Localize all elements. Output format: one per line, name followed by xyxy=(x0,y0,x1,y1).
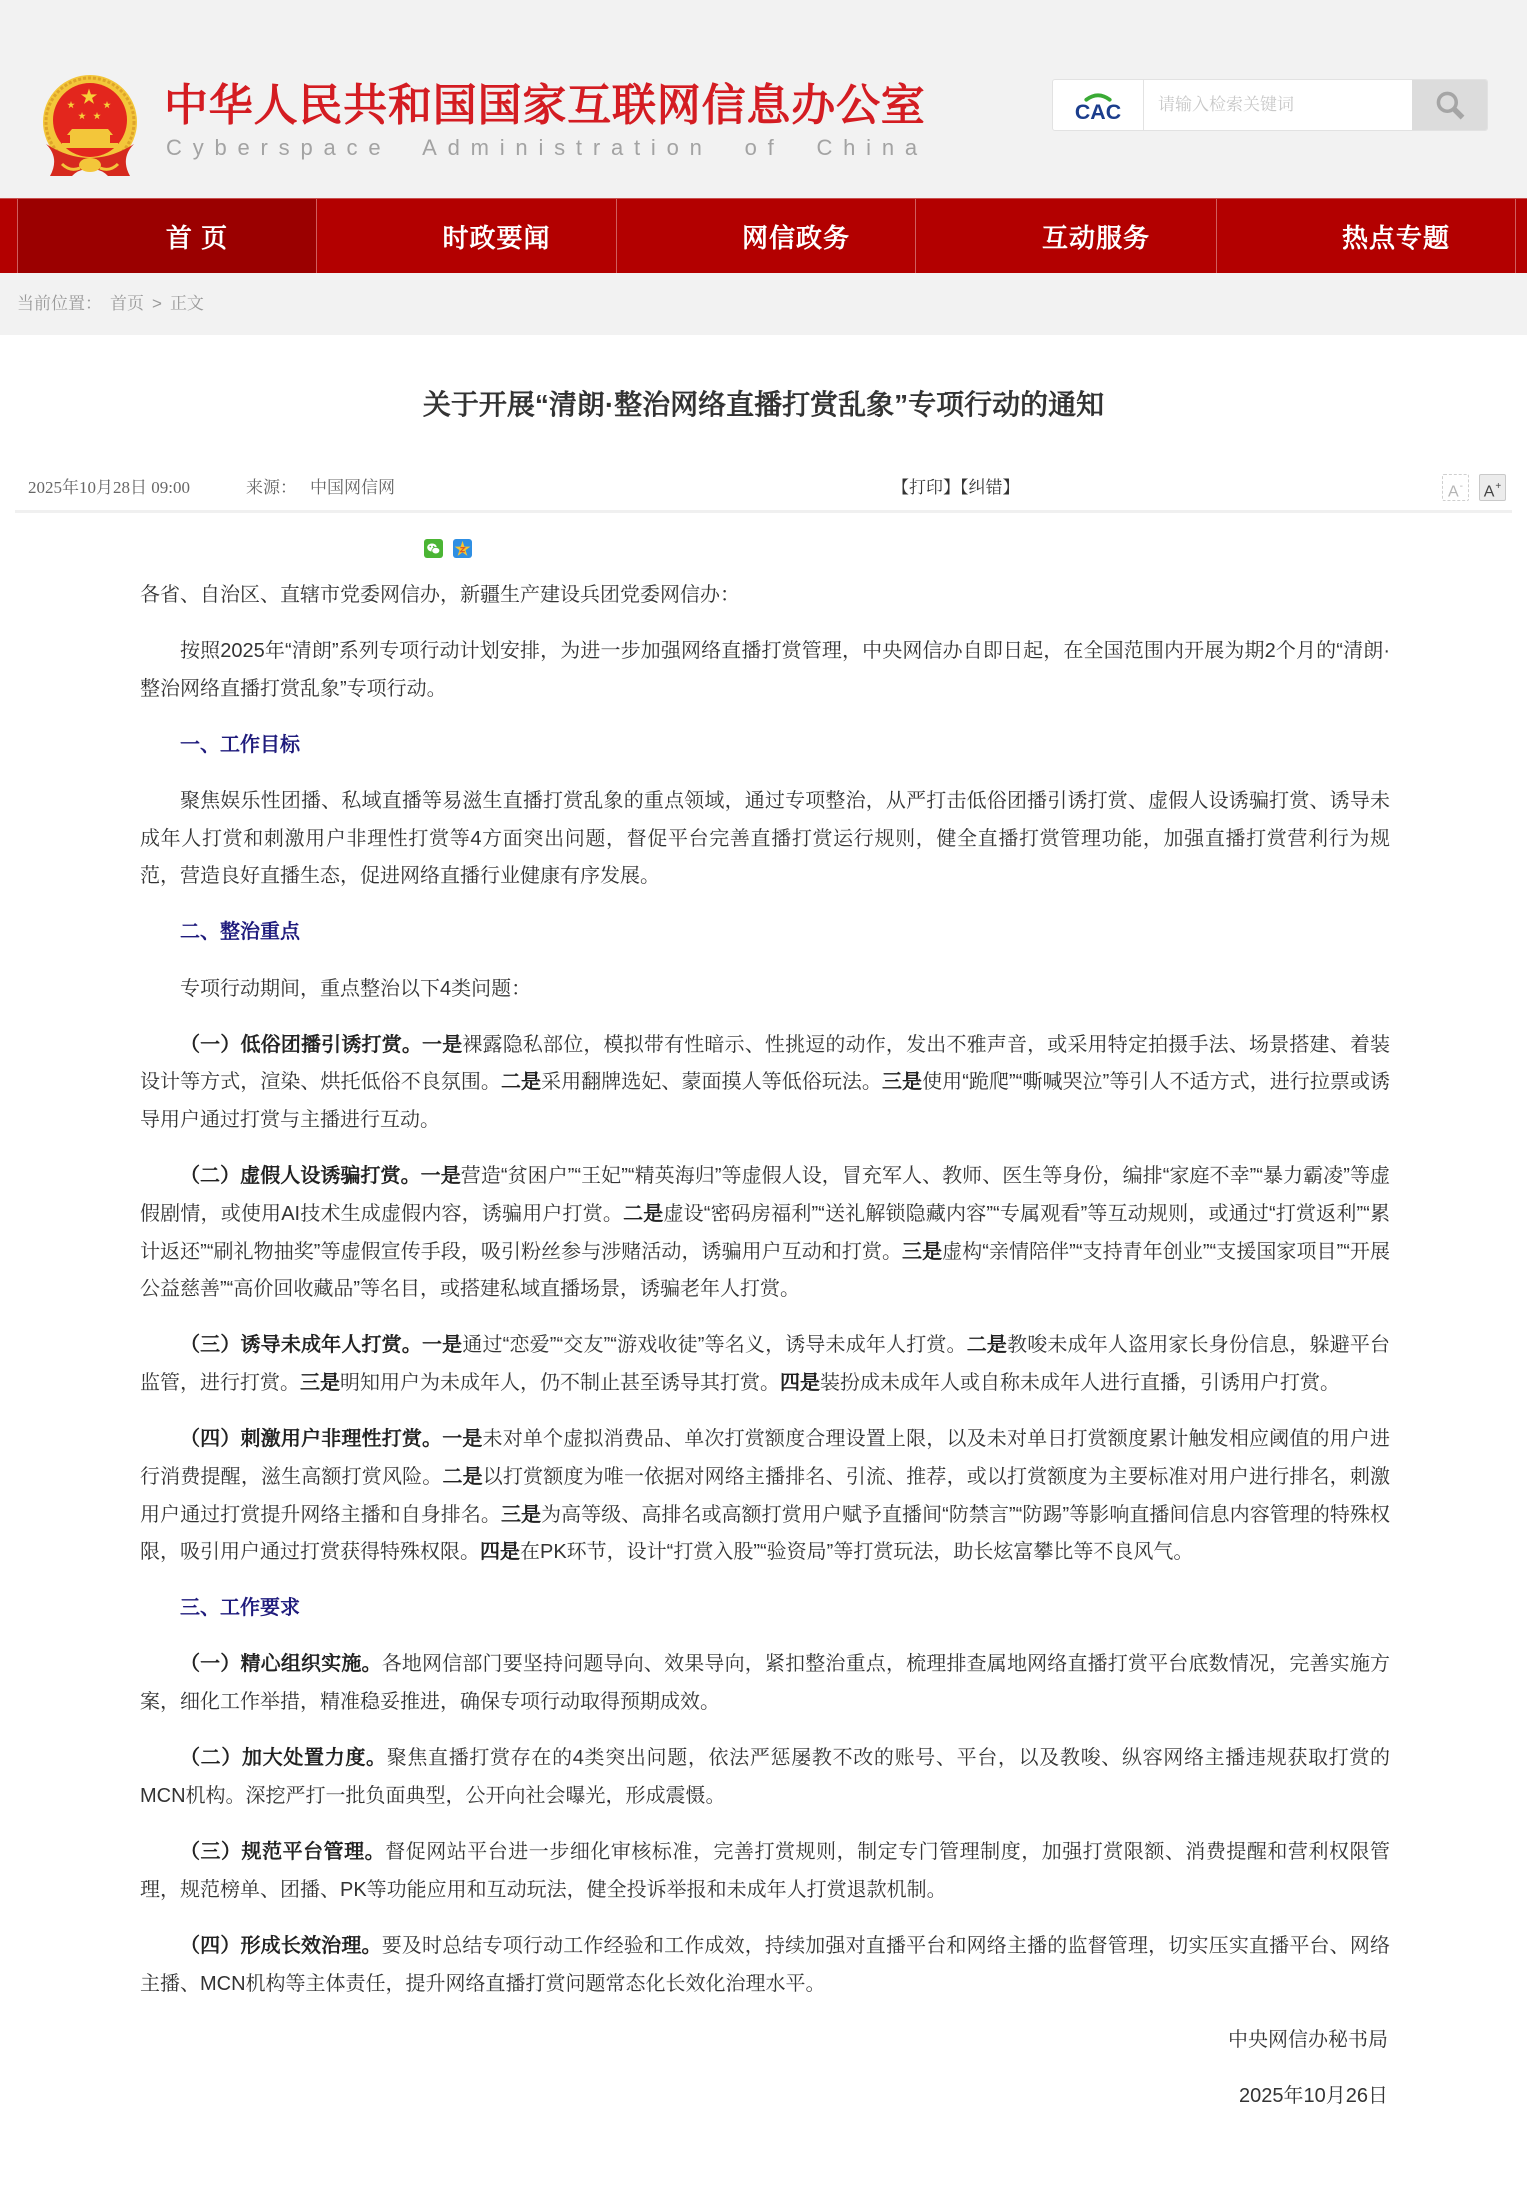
nav-item-label: 互动服务 xyxy=(1042,218,1150,255)
correction-link[interactable]: 【纠错】 xyxy=(960,478,1020,497)
section-heading: 三、工作要求 xyxy=(140,1590,1390,1628)
item-label: （四）形成长效治理。 xyxy=(180,1935,382,1957)
minus-sign: - xyxy=(1460,481,1463,492)
item-label: 二是 xyxy=(442,1466,482,1488)
paragraph: （一）低俗团播引诱打赏。一是裸露隐私部位，模拟带有性暗示、性挑逗的动作，发出不雅… xyxy=(140,1027,1390,1140)
breadcrumb-prefix: 当前位置： xyxy=(17,294,102,313)
item-label: （二）虚假人设诱骗打赏。一是 xyxy=(180,1165,461,1187)
wechat-icon[interactable] xyxy=(424,479,443,498)
print-link[interactable]: 【打印】 xyxy=(892,478,960,497)
item-label: （四）刺激用户非理性打赏。一是 xyxy=(180,1428,483,1450)
item-text: 通过“恋爱”“交友”“游戏收徒”等名义，诱导未成年人打赏。 xyxy=(462,1334,966,1356)
item-label: （三）规范平台管理。 xyxy=(180,1841,385,1863)
nav-item-label: 热点专题 xyxy=(1342,218,1450,255)
paragraph: （二）虚假人设诱骗打赏。一是营造“贫困户”“王妃”“精英海归”等虚假人设，冒充军… xyxy=(140,1158,1390,1309)
intro-paragraph: 按照2025年“清朗”系列专项行动计划安排，为进一步加强网络直播打赏管理，中央网… xyxy=(140,633,1390,708)
paragraph: 专项行动期间，重点整治以下4类问题： xyxy=(140,971,1390,1009)
cac-logo-text: CAC xyxy=(1075,100,1121,122)
search-box: CAC xyxy=(1052,79,1488,131)
paragraph: （三）诱导未成年人打赏。一是通过“恋爱”“交友”“游戏收徒”等名义，诱导未成年人… xyxy=(140,1327,1390,1402)
nav-item-home[interactable]: 首 页 xyxy=(18,199,316,273)
item-label: （一）低俗团播引诱打赏。一是 xyxy=(180,1034,462,1056)
cac-logo: CAC xyxy=(1053,80,1144,130)
paragraph: （一）精心组织实施。各地网信部门要坚持问题导向、效果导向，紧扣整治重点，梳理排查… xyxy=(140,1646,1390,1721)
nav-item-label: 时政要闻 xyxy=(442,218,550,255)
item-label: 四是 xyxy=(480,1541,520,1563)
item-label: 二是 xyxy=(967,1334,1007,1356)
font-increase-button[interactable]: A+ xyxy=(1479,474,1506,501)
item-label: （一）精心组织实施。 xyxy=(180,1653,382,1675)
nav-item-label: 首 页 xyxy=(166,218,228,255)
paragraph: （四）形成长效治理。要及时总结专项行动工作经验和工作成效，持续加强对直播平台和网… xyxy=(140,1928,1390,2003)
divider xyxy=(15,510,1512,513)
signature-org: 中央网信办秘书局 xyxy=(140,2022,1390,2060)
article-body: 各省、自治区、直辖市党委网信办，新疆生产建设兵团党委网信办： 按照2025年“清… xyxy=(140,577,1390,2134)
article-meta: 2025年10月28日 09:00 来源： 中国网信网 【打印】【纠错】 A- … xyxy=(0,473,1527,503)
paragraph: （二）加大处置力度。聚焦直播打赏存在的4类突出问题，依法严惩屡教不改的账号、平台… xyxy=(140,1740,1390,1815)
nav-item-interactive-services[interactable]: 互动服务 xyxy=(916,199,1216,273)
site-header: 中华人民共和国国家互联网信息办公室 Cyberspace Administrat… xyxy=(0,0,1527,198)
breadcrumb-current: 正文 xyxy=(170,294,204,313)
national-emblem-icon[interactable] xyxy=(40,74,140,178)
item-label: 三是 xyxy=(501,1504,541,1526)
item-label: （三）诱导未成年人打赏。一是 xyxy=(180,1334,462,1356)
paragraph: 聚焦娱乐性团播、私域直播等易滋生直播打赏乱象的重点领域，通过专项整治，从严打击低… xyxy=(140,783,1390,896)
chat-hand-icon xyxy=(982,216,1022,256)
item-text: 明知用户为未成年人，仍不制止甚至诱导其打赏。 xyxy=(340,1372,780,1394)
nav-item-news[interactable]: 时政要闻 xyxy=(317,199,616,273)
plus-sign: + xyxy=(1495,481,1501,492)
section-heading: 一、工作目标 xyxy=(140,727,1390,765)
nav-item-label: 网信政务 xyxy=(742,218,850,255)
star-icon xyxy=(382,216,422,256)
home-icon xyxy=(106,216,146,256)
item-label: 二是 xyxy=(501,1071,541,1093)
item-text: 装扮成未成年人或自称未成年人进行直播，引诱用户打赏。 xyxy=(820,1372,1340,1394)
item-label: 三是 xyxy=(902,1241,942,1263)
font-decrease-label: A xyxy=(1448,483,1459,500)
site-title[interactable]: 中华人民共和国国家互联网信息办公室 xyxy=(164,80,926,132)
item-label: 三是 xyxy=(300,1372,340,1394)
breadcrumb-home-link[interactable]: 首页 xyxy=(110,294,144,313)
section-heading: 二、整治重点 xyxy=(140,914,1390,952)
font-increase-label: A xyxy=(1484,483,1495,500)
article-title: 关于开展“清朗·整治网络直播打赏乱象”专项行动的通知 xyxy=(0,384,1527,426)
item-label: 三是 xyxy=(882,1071,922,1093)
breadcrumb-separator: > xyxy=(152,294,162,313)
breadcrumb: 当前位置：首页>正文 xyxy=(0,273,1527,335)
site-title-english: Cyberspace Administration of China xyxy=(166,133,928,163)
signature-date: 2025年10月26日 xyxy=(140,2078,1390,2116)
folder-icon xyxy=(1282,216,1322,256)
item-text: 采用翻牌选妃、蒙面摸人等低俗玩法。 xyxy=(541,1071,882,1093)
search-button[interactable] xyxy=(1412,80,1487,130)
nav-item-hot-topics[interactable]: 热点专题 xyxy=(1217,199,1515,273)
nav-item-government-affairs[interactable]: 网信政务 xyxy=(617,199,915,273)
item-text: 在PK环节，设计“打赏入股”“验资局”等打赏玩法，助长炫富攀比等不良风气。 xyxy=(520,1541,1193,1563)
article-actions: 【打印】【纠错】 xyxy=(892,473,1020,503)
source-label: 来源： xyxy=(246,473,297,503)
item-label: 二是 xyxy=(623,1203,663,1225)
paragraph: （四）刺激用户非理性打赏。一是未对单个虚拟消费品、单次打赏额度合理设置上限，以及… xyxy=(140,1421,1390,1572)
paragraph: （三）规范平台管理。督促网站平台进一步细化审核标准，完善打赏规则，制定专门管理制… xyxy=(140,1834,1390,1909)
search-icon xyxy=(1434,89,1466,121)
source-name: 中国网信网 xyxy=(310,473,395,503)
item-label: 四是 xyxy=(780,1372,820,1394)
font-decrease-button[interactable]: A- xyxy=(1442,474,1469,501)
nav-divider xyxy=(1515,199,1516,273)
qzone-icon[interactable] xyxy=(453,479,472,498)
monitor-icon xyxy=(682,216,722,256)
search-input[interactable] xyxy=(1144,80,1412,130)
main-nav: 首 页 时政要闻 网信政务 xyxy=(0,198,1527,273)
salutation: 各省、自治区、直辖市党委网信办，新疆生产建设兵团党委网信办： xyxy=(140,577,1390,615)
publish-datetime: 2025年10月28日 09:00 xyxy=(28,473,190,503)
item-label: （二）加大处置力度。 xyxy=(180,1747,387,1769)
